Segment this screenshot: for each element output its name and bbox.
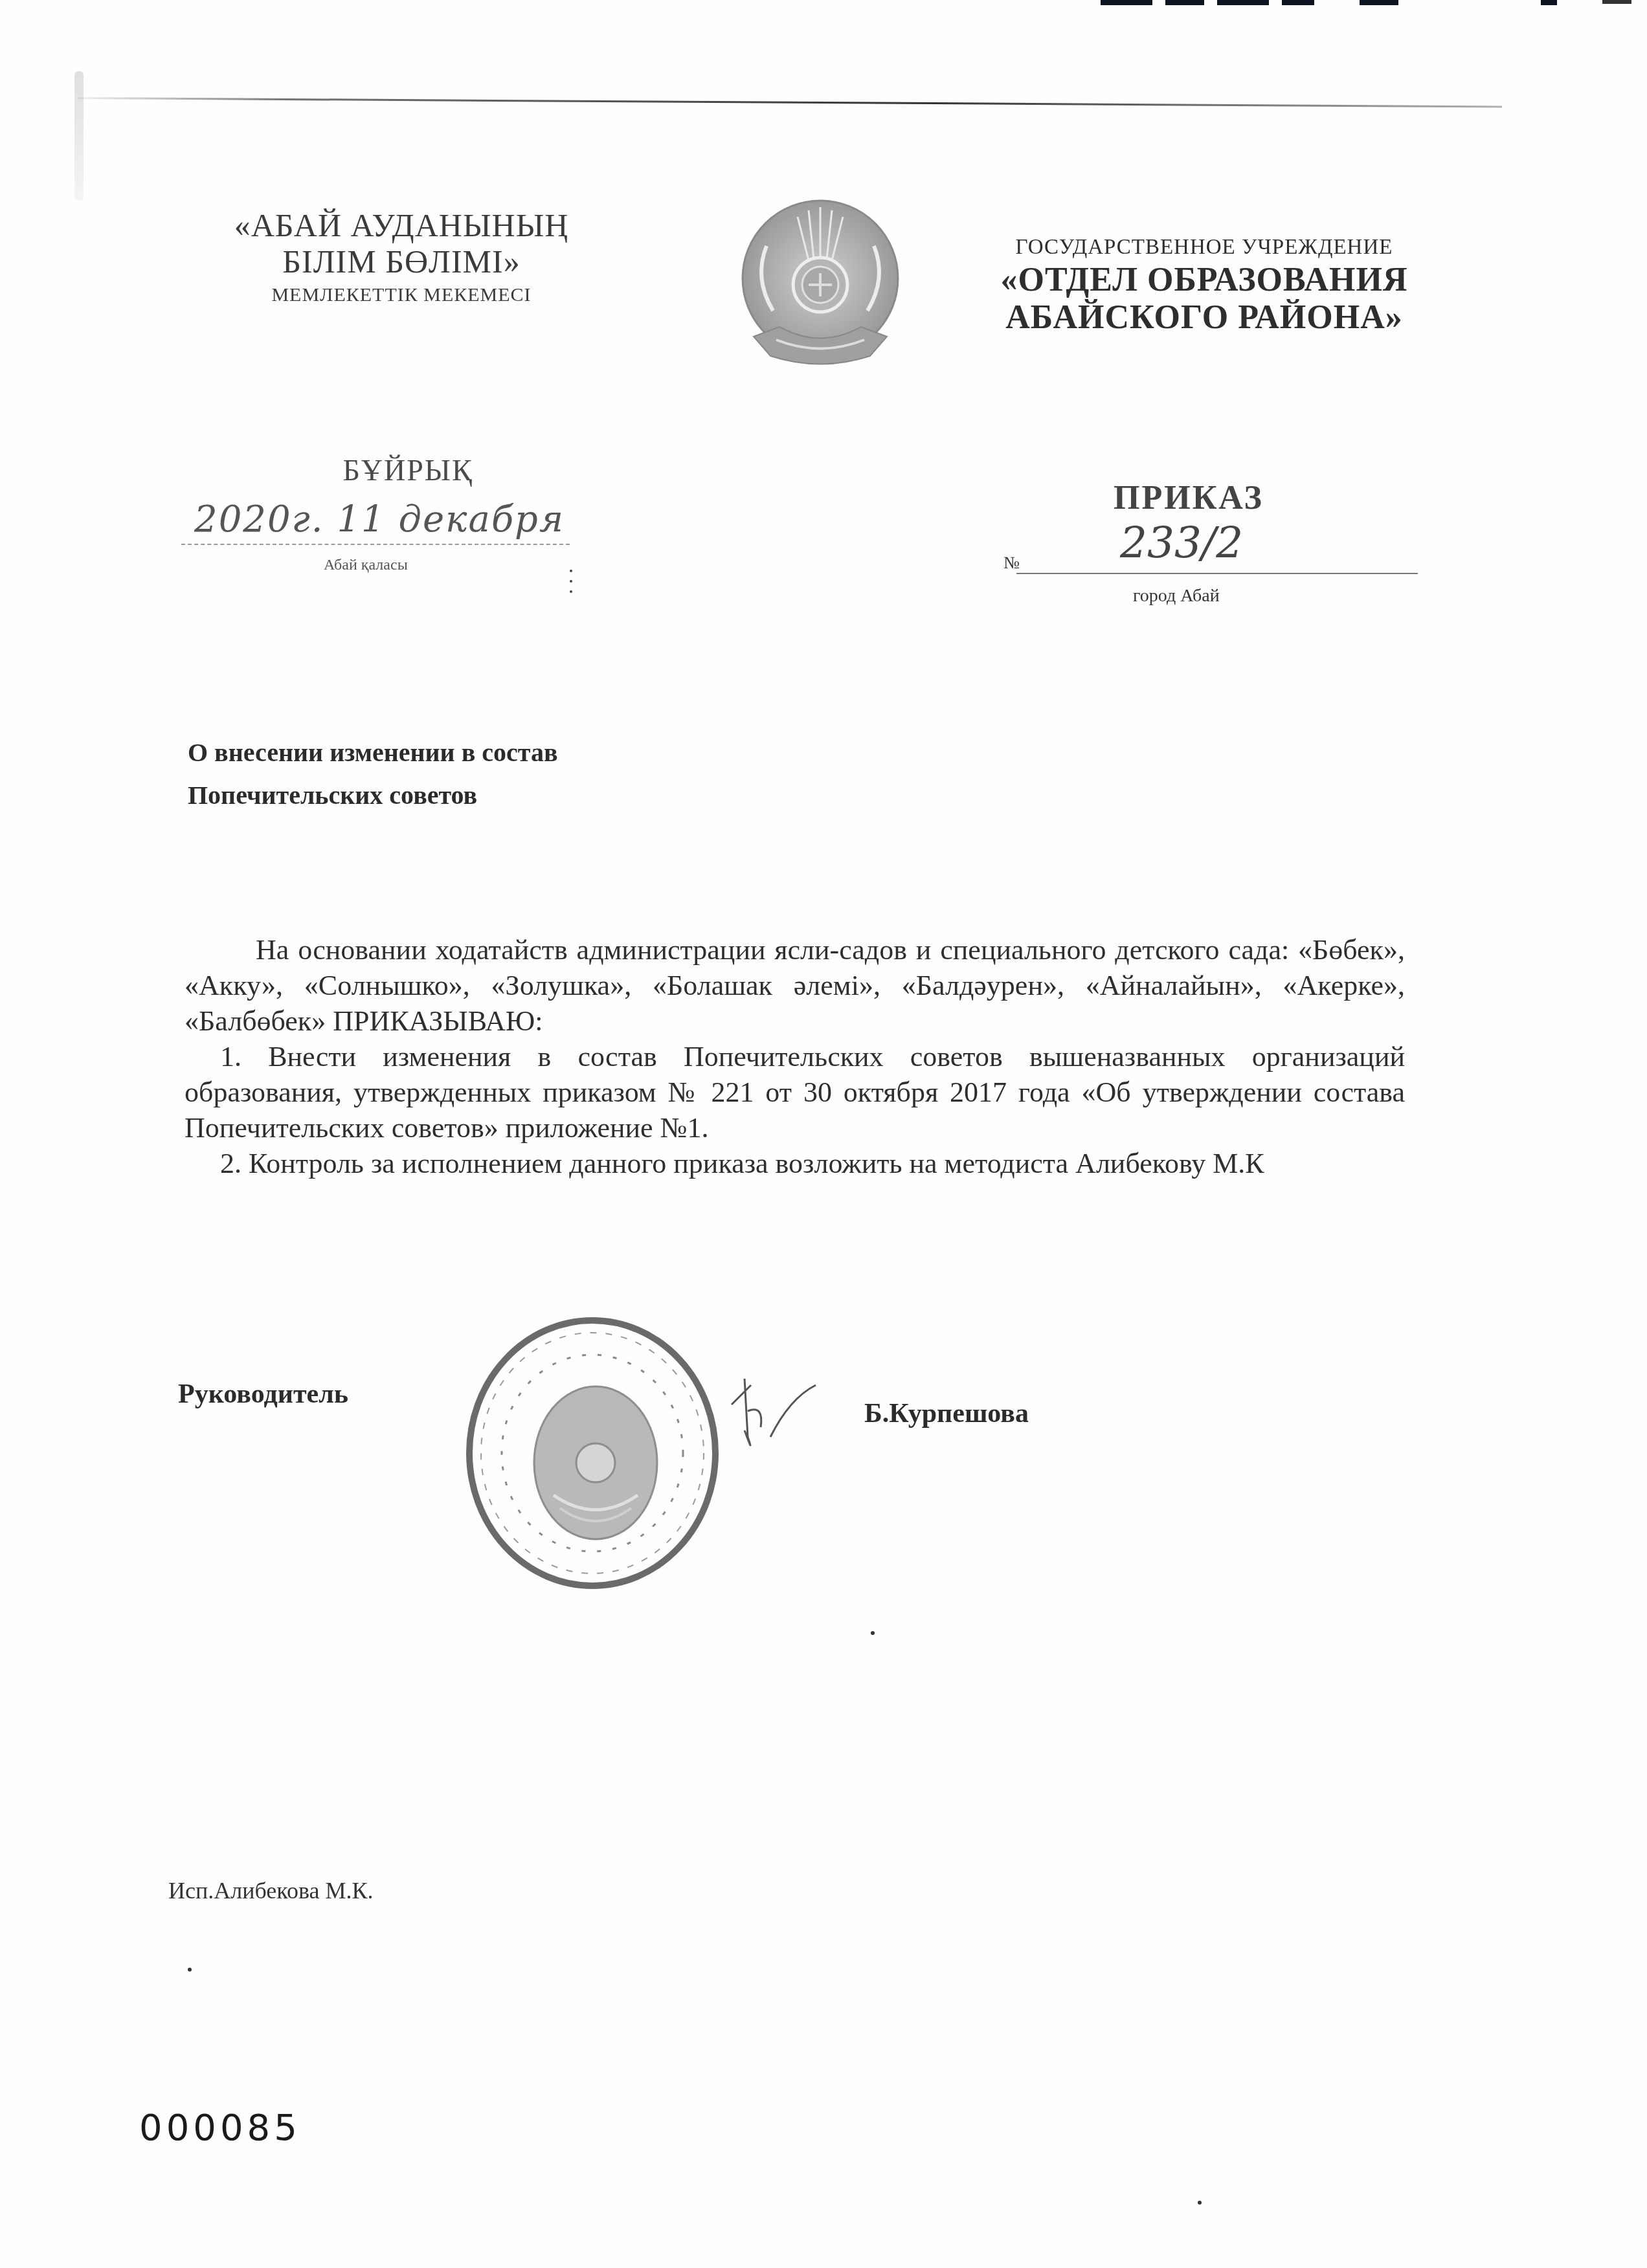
state-emblem-icon <box>728 188 913 379</box>
signature-name: Б.Курпешова <box>864 1398 1029 1429</box>
header-ru-line3: АБАЙСКОГО РАЙОНА» <box>965 299 1444 337</box>
dot-mark <box>1198 2201 1202 2205</box>
handwritten-signature-icon <box>725 1366 855 1463</box>
order-number-handwritten: 233/2 <box>1120 518 1243 568</box>
subject-line1: О внесении изменении в состав <box>188 731 770 774</box>
executor-note: Исп.Алибекова М.К. <box>168 1877 373 1904</box>
order-number-label: № <box>1003 553 1020 573</box>
body-item-2: 2. Контроль за исполнением данного прика… <box>185 1146 1405 1181</box>
dot-mark <box>871 1631 875 1635</box>
header-ru-line2: «ОТДЕЛ ОБРАЗОВАНИЯ <box>965 261 1444 299</box>
dot-mark <box>188 1968 192 1972</box>
header-kazakh: «АБАЙ АУДАНЫНЫҢ БІЛІМ БӨЛІМІ» МЕМЛЕКЕТТІ… <box>194 207 609 308</box>
signature-role: Руководитель <box>178 1379 348 1410</box>
document-serial-number: 000085 <box>139 2107 301 2149</box>
body-item-1: 1. Внести изменения в состав Попечительс… <box>185 1039 1405 1146</box>
dots-mark <box>570 570 574 602</box>
order-body: На основании ходатайств администрации яс… <box>185 932 1405 1181</box>
order-date-handwritten: 2020г. 11 декабря <box>194 498 565 540</box>
subject-line2: Попечительских советов <box>188 774 770 817</box>
scan-artifact-top <box>1068 0 1647 5</box>
header-russian: ГОСУДАРСТВЕННОЕ УЧРЕЖДЕНИЕ «ОТДЕЛ ОБРАЗО… <box>965 233 1444 337</box>
header-kz-line2: БІЛІМ БӨЛІМІ» <box>194 243 609 280</box>
order-city-kz: Абай қаласы <box>324 557 408 574</box>
order-subject: О внесении изменении в состав Попечитель… <box>188 731 770 817</box>
order-title-ru: ПРИКАЗ <box>1114 479 1308 517</box>
header-ru-line1: ГОСУДАРСТВЕННОЕ УЧРЕЖДЕНИЕ <box>965 233 1444 261</box>
document-page: «АБАЙ АУДАНЫНЫҢ БІЛІМ БӨЛІМІ» МЕМЛЕКЕТТІ… <box>0 0 1647 2268</box>
official-seal-icon <box>456 1301 735 1592</box>
header-kz-line3: МЕМЛЕКЕТТІК МЕКЕМЕСІ <box>194 282 609 308</box>
scan-artifact-line <box>78 97 1502 107</box>
order-city-ru: город Абай <box>1133 586 1220 606</box>
header-kz-line1: «АБАЙ АУДАНЫНЫҢ <box>194 207 609 243</box>
order-number-line <box>1016 573 1418 574</box>
scan-artifact-edge <box>74 71 84 201</box>
order-date-line <box>181 544 570 546</box>
order-title-kz: БҰЙРЫҚ <box>311 453 505 487</box>
body-preamble: На основании ходатайств администрации яс… <box>185 932 1405 1039</box>
